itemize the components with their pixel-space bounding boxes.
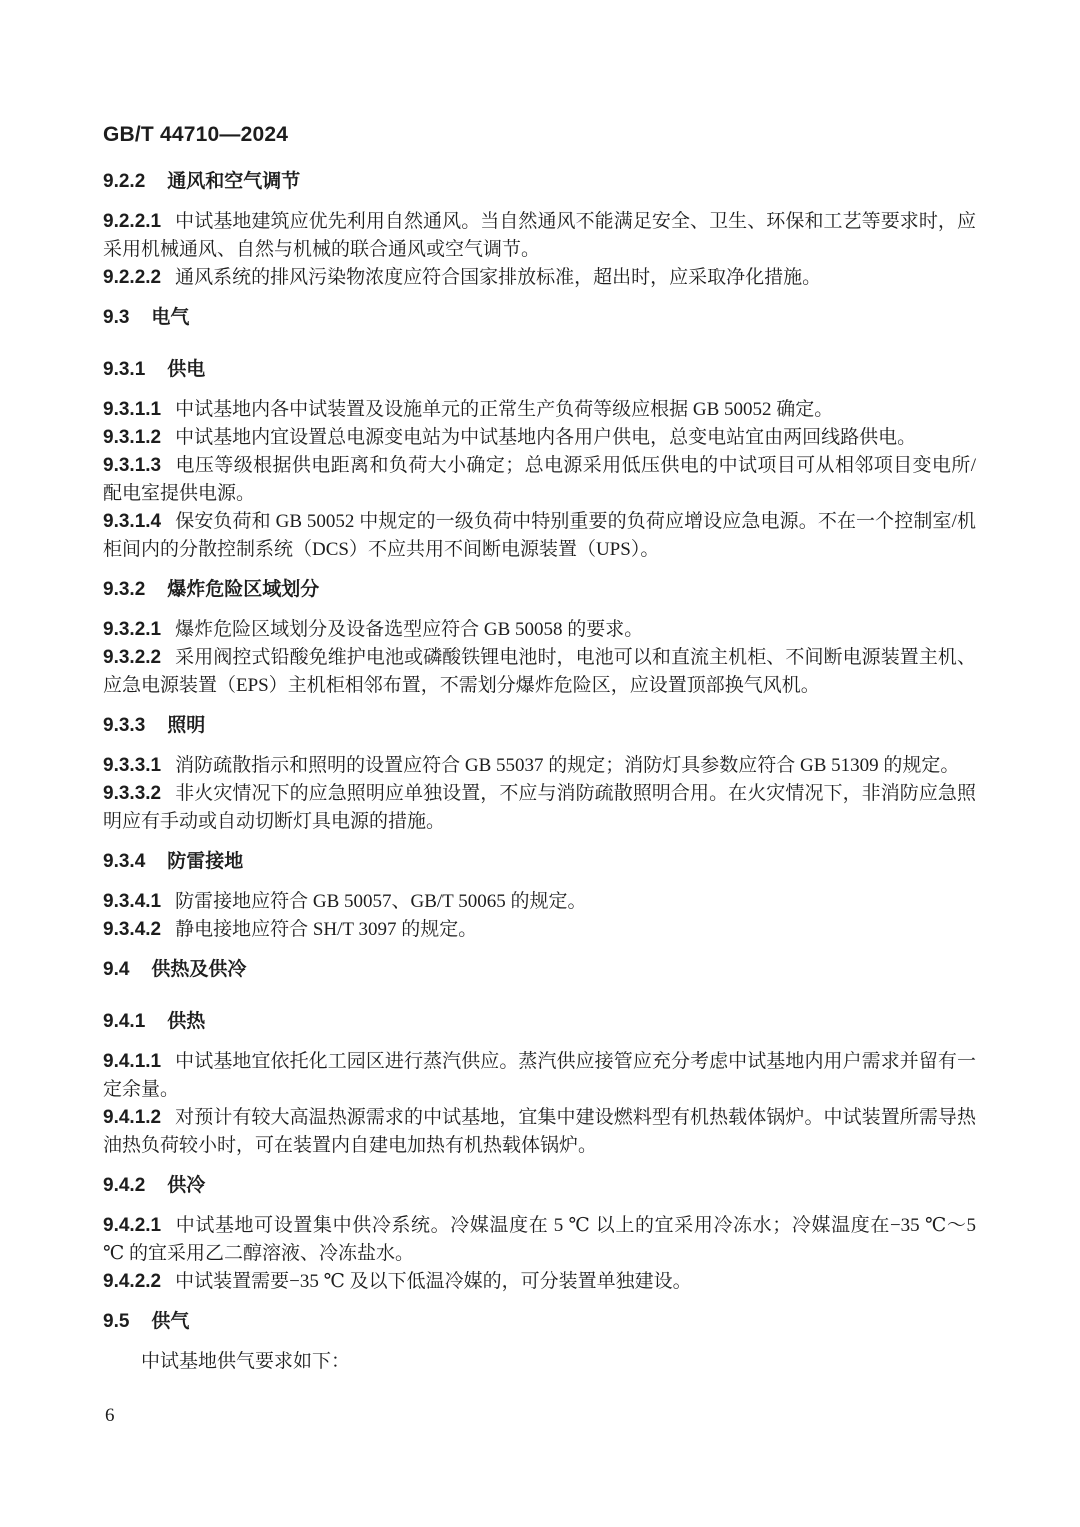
section-heading-9.3.4: 9.3.4防雷接地 (103, 848, 976, 876)
section-heading-9.3: 9.3电气 (103, 304, 976, 332)
clause-number: 9.3.4.2 (103, 919, 161, 940)
section-number: 9.3.4 (103, 851, 145, 872)
clause-9.3.2.1: 9.3.2.1爆炸危险区域划分及设备选型应符合 GB 50058 的要求。 (103, 616, 976, 644)
clause-number: 9.4.2.1 (103, 1215, 161, 1236)
clause-number: 9.2.2.2 (103, 267, 161, 288)
section-title: 照明 (167, 715, 205, 736)
clause-9.2.2.2: 9.2.2.2通风系统的排风污染物浓度应符合国家排放标准，超出时，应采取净化措施… (103, 264, 976, 292)
section-number: 9.3 (103, 307, 129, 328)
section-heading-9.5: 9.5供气 (103, 1308, 976, 1336)
clause-number: 9.3.4.1 (103, 891, 161, 912)
clause-text: 对预计有较大高温热源需求的中试基地，宜集中建设燃料型有机热载体锅炉。中试装置所需… (103, 1107, 976, 1156)
section-heading-9.3.2: 9.3.2爆炸危险区域划分 (103, 576, 976, 604)
clause-9.3.1.2: 9.3.1.2中试基地内宜设置总电源变电站为中试基地内各用户供电，总变电站宜由两… (103, 424, 976, 452)
clause-number: 9.3.1.3 (103, 455, 161, 476)
clause-text: 中试基地宜依托化工园区进行蒸汽供应。蒸汽供应接管应充分考虑中试基地内用户需求并留… (103, 1051, 976, 1100)
clause-9.3.3.1: 9.3.3.1消防疏散指示和照明的设置应符合 GB 55037 的规定；消防灯具… (103, 752, 976, 780)
clause-9.4.1.2: 9.4.1.2对预计有较大高温热源需求的中试基地，宜集中建设燃料型有机热载体锅炉… (103, 1104, 976, 1160)
section-title: 供气 (151, 1311, 189, 1332)
clause-text: 中试装置需要−35 ℃ 及以下低温冷媒的，可分装置单独建设。 (175, 1271, 691, 1292)
clause-text: 消防疏散指示和照明的设置应符合 GB 55037 的规定；消防灯具参数应符合 G… (175, 755, 959, 776)
clause-text: 保安负荷和 GB 50052 中规定的一级负荷中特别重要的负荷应增设应急电源。不… (103, 511, 976, 560)
clause-number: 9.3.3.2 (103, 783, 161, 804)
clause-text: 中试基地内宜设置总电源变电站为中试基地内各用户供电，总变电站宜由两回线路供电。 (175, 427, 916, 448)
section-title: 供电 (167, 359, 205, 380)
clause-text: 防雷接地应符合 GB 50057、GB/T 50065 的规定。 (175, 891, 586, 912)
section-number: 9.5 (103, 1311, 129, 1332)
section-number: 9.2.2 (103, 171, 145, 192)
section-title: 供热 (167, 1011, 205, 1032)
section-heading-9.4.2: 9.4.2供冷 (103, 1172, 976, 1200)
clause-number: 9.3.1.4 (103, 511, 161, 532)
clause-number: 9.3.1.1 (103, 399, 161, 420)
section-title: 电气 (151, 307, 189, 328)
clause-9.3.4.1: 9.3.4.1防雷接地应符合 GB 50057、GB/T 50065 的规定。 (103, 888, 976, 916)
section-number: 9.4.1 (103, 1011, 145, 1032)
standard-number-header: GB/T 44710—2024 (103, 121, 976, 149)
document-page: GB/T 44710—2024 9.2.2通风和空气调节9.2.2.1中试基地建… (0, 0, 1080, 1527)
clause-9.4.2.1: 9.4.2.1中试基地可设置集中供冷系统。冷媒温度在 5 ℃ 以上的宜采用冷冻水… (103, 1212, 976, 1268)
section-heading-9.3.3: 9.3.3照明 (103, 712, 976, 740)
clause-number: 9.3.1.2 (103, 427, 161, 448)
clause-9.3.1.1: 9.3.1.1中试基地内各中试装置及设施单元的正常生产负荷等级应根据 GB 50… (103, 396, 976, 424)
section-title: 供冷 (167, 1175, 205, 1196)
section-number: 9.4 (103, 959, 129, 980)
clause-text: 中试基地可设置集中供冷系统。冷媒温度在 5 ℃ 以上的宜采用冷冻水；冷媒温度在−… (103, 1215, 976, 1264)
clause-9.3.4.2: 9.3.4.2静电接地应符合 SH/T 3097 的规定。 (103, 916, 976, 944)
section-heading-9.2.2: 9.2.2通风和空气调节 (103, 168, 976, 196)
document-body: 9.2.2通风和空气调节9.2.2.1中试基地建筑应优先利用自然通风。当自然通风… (103, 156, 976, 1376)
clause-9.3.3.2: 9.3.3.2非火灾情况下的应急照明应单独设置，不应与消防疏散照明合用。在火灾情… (103, 780, 976, 836)
section-heading-9.4.1: 9.4.1供热 (103, 1008, 976, 1036)
clause-9.2.2.1: 9.2.2.1中试基地建筑应优先利用自然通风。当自然通风不能满足安全、卫生、环保… (103, 208, 976, 264)
section-heading-9.4: 9.4供热及供冷 (103, 956, 976, 984)
section-number: 9.3.3 (103, 715, 145, 736)
clause-number: 9.4.1.2 (103, 1107, 161, 1128)
clause-number: 9.4.2.2 (103, 1271, 161, 1292)
section-title: 供热及供冷 (151, 959, 246, 980)
clause-text: 中试基地建筑应优先利用自然通风。当自然通风不能满足安全、卫生、环保和工艺等要求时… (103, 211, 976, 260)
section-title: 防雷接地 (167, 851, 243, 872)
clause-text: 非火灾情况下的应急照明应单独设置，不应与消防疏散照明合用。在火灾情况下，非消防应… (103, 783, 976, 832)
clause-text: 采用阀控式铅酸免维护电池或磷酸铁锂电池时，电池可以和直流主机柜、不间断电源装置主… (103, 647, 976, 696)
clause-number: 9.4.1.1 (103, 1051, 161, 1072)
clause-text: 静电接地应符合 SH/T 3097 的规定。 (175, 919, 477, 940)
section-number: 9.4.2 (103, 1175, 145, 1196)
clause-text: 中试基地内各中试装置及设施单元的正常生产负荷等级应根据 GB 50052 确定。 (175, 399, 833, 420)
clause-9.3.2.2: 9.3.2.2采用阀控式铅酸免维护电池或磷酸铁锂电池时，电池可以和直流主机柜、不… (103, 644, 976, 700)
clause-number: 9.3.2.2 (103, 647, 161, 668)
clause-9.4.2.2: 9.4.2.2中试装置需要−35 ℃ 及以下低温冷媒的，可分装置单独建设。 (103, 1268, 976, 1296)
clause-number: 9.3.2.1 (103, 619, 161, 640)
clause-number: 9.2.2.1 (103, 211, 161, 232)
intro-paragraph: 中试基地供气要求如下： (103, 1348, 976, 1376)
section-title: 爆炸危险区域划分 (167, 579, 319, 600)
section-number: 9.3.2 (103, 579, 145, 600)
clause-9.4.1.1: 9.4.1.1中试基地宜依托化工园区进行蒸汽供应。蒸汽供应接管应充分考虑中试基地… (103, 1048, 976, 1104)
section-number: 9.3.1 (103, 359, 145, 380)
page-number: 6 (105, 1402, 115, 1430)
section-heading-9.3.1: 9.3.1供电 (103, 356, 976, 384)
clause-9.3.1.4: 9.3.1.4保安负荷和 GB 50052 中规定的一级负荷中特别重要的负荷应增… (103, 508, 976, 564)
clause-text: 电压等级根据供电距离和负荷大小确定；总电源采用低压供电的中试项目可从相邻项目变电… (103, 455, 976, 504)
clause-text: 爆炸危险区域划分及设备选型应符合 GB 50058 的要求。 (175, 619, 643, 640)
clause-9.3.1.3: 9.3.1.3电压等级根据供电距离和负荷大小确定；总电源采用低压供电的中试项目可… (103, 452, 976, 508)
clause-text: 通风系统的排风污染物浓度应符合国家排放标准，超出时，应采取净化措施。 (175, 267, 821, 288)
section-title: 通风和空气调节 (167, 171, 300, 192)
clause-number: 9.3.3.1 (103, 755, 161, 776)
